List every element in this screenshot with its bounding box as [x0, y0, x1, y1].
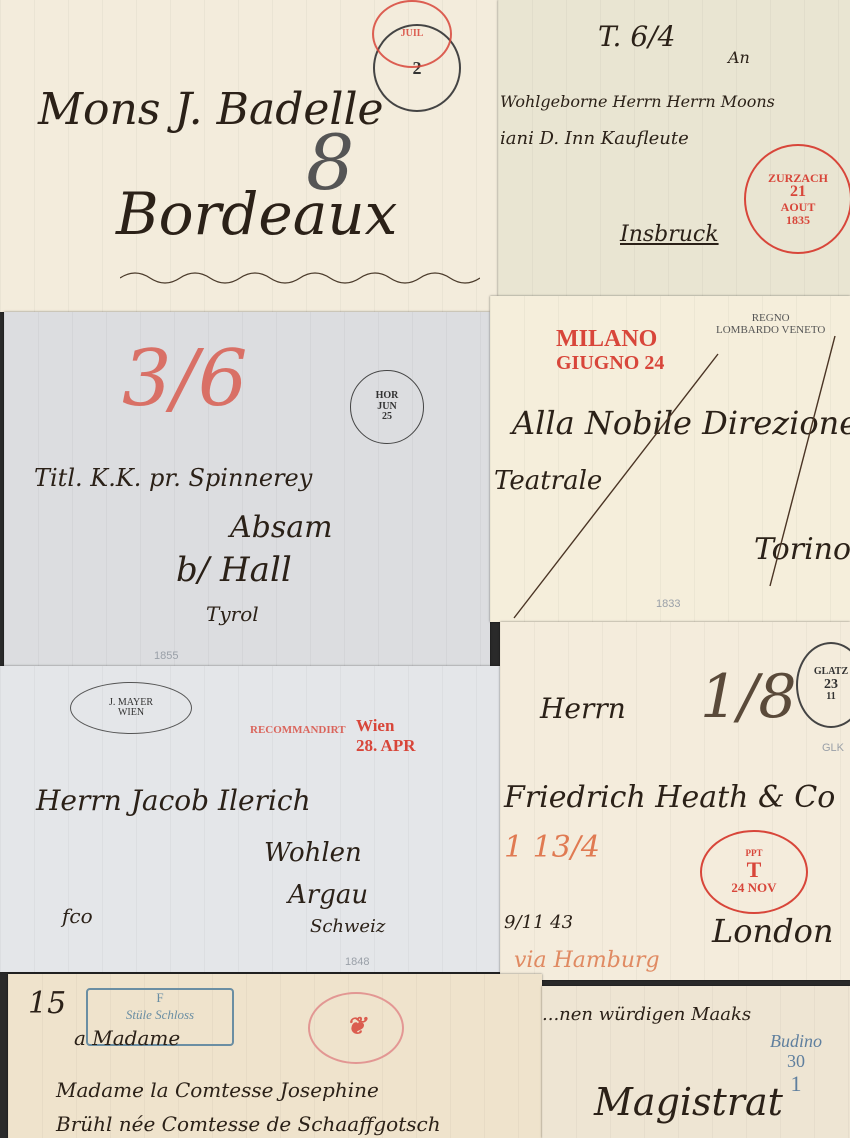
- red-rate-note: 1 13/4: [504, 830, 600, 865]
- wax-seal-monogram: ❦: [308, 992, 404, 1064]
- postmark-zurzach: ZURZACH 21 AOUT 1835: [744, 144, 850, 254]
- postmark-t-24-nov: PPT T 24 NOV: [700, 830, 808, 914]
- address-line: Friedrich Heath & Co: [504, 780, 835, 815]
- address-line: Madame la Comtesse Josephine: [56, 1078, 379, 1102]
- address-city: London: [712, 912, 833, 950]
- address-line: Wohlgeborne Herrn Herrn Moons: [500, 92, 775, 111]
- rate-marking: 1/8: [700, 662, 797, 732]
- rate-marking: 15: [28, 986, 66, 1021]
- pen-strokes: [490, 296, 850, 622]
- address-line: Wohlen: [264, 838, 362, 868]
- rate-marking: 3/6: [122, 334, 248, 424]
- pencil-note: GLK: [822, 742, 844, 754]
- address-herrn: Herrn: [540, 692, 626, 725]
- postmark-red-round: JUIL: [372, 0, 452, 68]
- letter-absam: 3/6 HOR JUN 25 Titl. K.K. pr. Spinnerey …: [4, 312, 490, 666]
- address-line: ...nen würdigen Maaks: [542, 1004, 751, 1025]
- address-line: Titl. K.K. pr. Spinnerey: [34, 464, 312, 492]
- address-line: b/ Hall: [176, 550, 292, 590]
- address-line: Brühl née Comtesse de Schaaffgotsch: [56, 1112, 441, 1136]
- address-line: Schweiz: [310, 916, 385, 937]
- address-line: Argau: [288, 880, 368, 910]
- postmark-black-round: HOR JUN 25: [350, 370, 424, 444]
- postmark-glatz: GLATZ 23 11: [796, 642, 850, 728]
- address-line: iani D. Inn Kaufleute: [500, 128, 689, 149]
- letter-insbruck: T. 6/4 An Wohlgeborne Herrn Herrn Moons …: [498, 0, 850, 296]
- letter-wien: J. MAYER WIEN RECOMMANDIRT Wien 28. APR …: [0, 666, 500, 972]
- letter-milano: MILANO GIUGNO 24 REGNO LOMBARDO VENETO A…: [490, 296, 850, 622]
- letter-london: Herrn 1/8 GLATZ 23 11 GLK Friedrich Heat…: [500, 622, 850, 980]
- pencil-note: 1848: [345, 956, 369, 968]
- flourish-underline: [120, 268, 480, 288]
- address-line: Absam: [230, 510, 333, 545]
- via-note: via Hamburg: [514, 948, 660, 973]
- address-city: Magistrat: [594, 1080, 783, 1124]
- address-line: a Madame: [74, 1026, 180, 1050]
- franco-note: fco: [62, 904, 93, 928]
- letter-budino: ...nen würdigen Maaks Budino 30 1 Magist…: [542, 986, 850, 1138]
- letter-madame: 15 F Stüle Schloss ❦ a Madame Madame la …: [8, 974, 542, 1138]
- postmark-wien: Wien 28. APR: [356, 716, 416, 755]
- pencil-note: 1855: [154, 650, 178, 662]
- date-note: 9/11 43: [504, 912, 573, 933]
- sender-oval-stamp: J. MAYER WIEN: [70, 682, 192, 734]
- postmark-recommandirt: RECOMMANDIRT: [250, 724, 346, 736]
- address-an: An: [728, 48, 750, 67]
- address-line: Tyrol: [206, 602, 259, 626]
- address-city: Bordeaux: [116, 180, 397, 248]
- rate-marking: T. 6/4: [598, 20, 675, 53]
- rate-marking: 8: [306, 118, 354, 207]
- address-line: Herrn Jacob Ilerich: [36, 784, 311, 817]
- letter-bordeaux: 2 JUIL Mons J. Badelle Bordeaux 8: [0, 0, 498, 312]
- pencil-note: 1833: [656, 598, 680, 610]
- address-city: Insbruck: [620, 222, 719, 247]
